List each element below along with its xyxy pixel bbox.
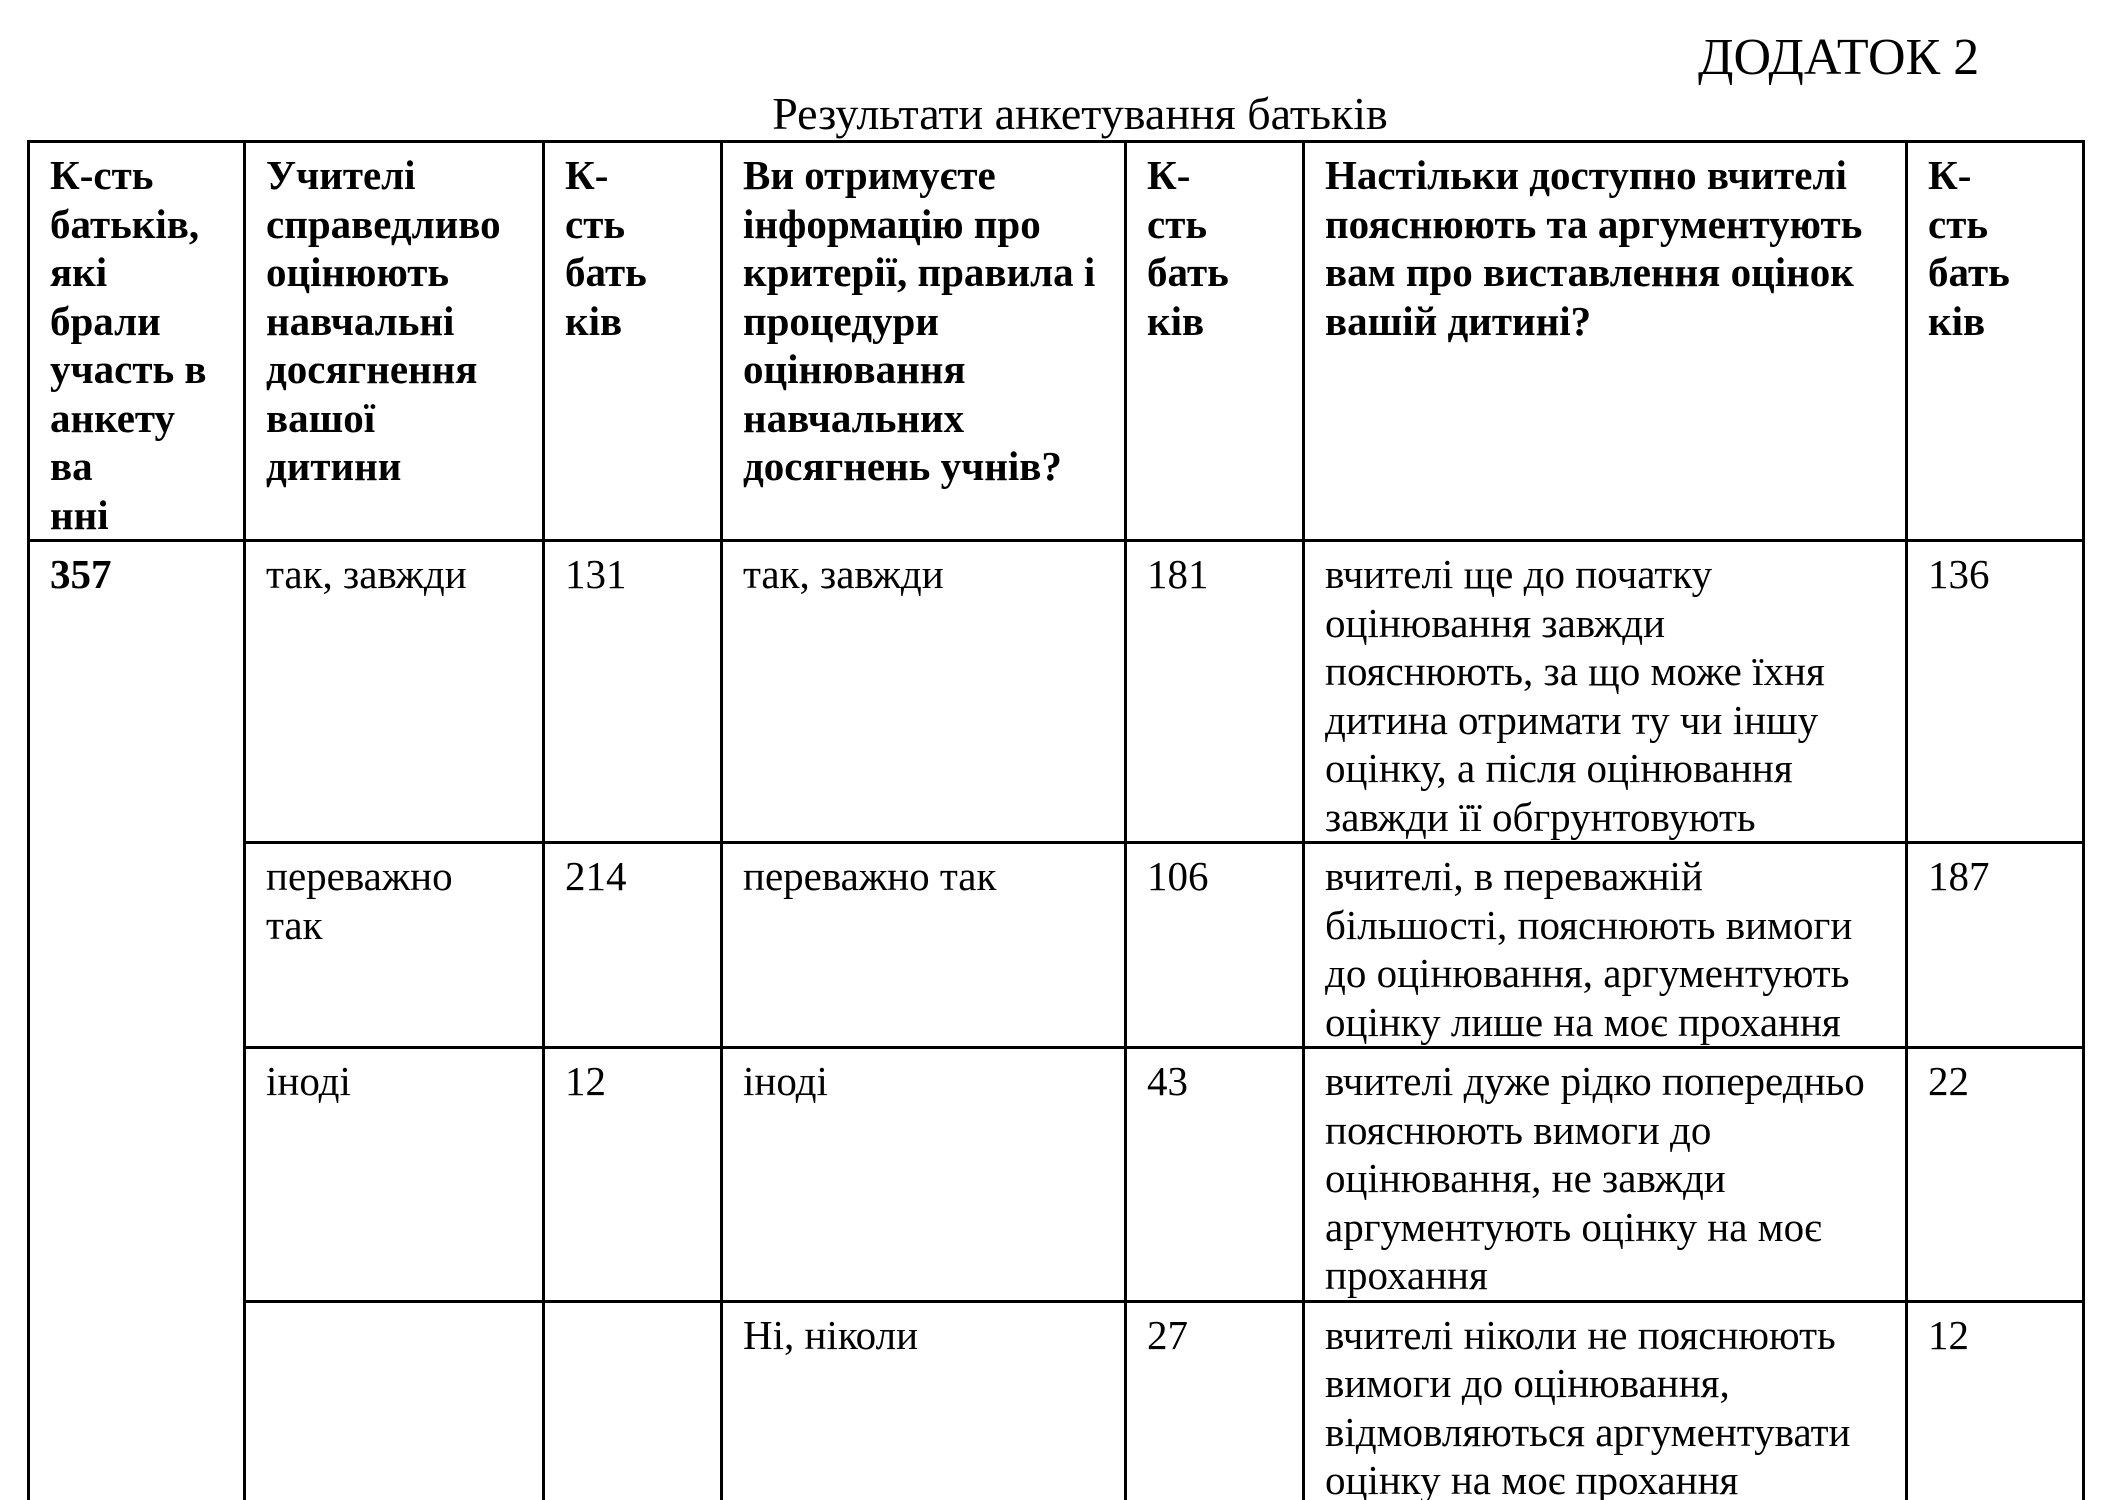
text-line: пояснюють вимоги до — [1325, 1106, 1895, 1155]
q3-count-cell: 187 — [1907, 843, 2084, 1048]
header-total-respondents: К-стьбатьків,якібралиучасть ванкетуванні — [29, 142, 245, 541]
text-line: ків — [565, 297, 710, 346]
text-line: так, завжди — [743, 550, 1114, 599]
header-question-fair-assessment: Учителісправедливооцінюютьнавчальнідосяг… — [245, 142, 544, 541]
text-line: оцінюють — [266, 248, 532, 297]
appendix-label: ДОДАТОК 2 — [1698, 28, 1979, 88]
q3-count-cell: 22 — [1907, 1048, 2084, 1302]
text-line: оцінювання, не завжди — [1325, 1154, 1895, 1203]
q2-answer-cell: Ні, ніколи — [722, 1301, 1126, 1500]
text-line: аргументують оцінку на моє — [1325, 1203, 1895, 1252]
text-line: вам про виставлення оцінок — [1325, 248, 1895, 297]
q1-count-cell: 12 — [544, 1048, 722, 1302]
q1-count-cell — [544, 1301, 722, 1500]
q2-answer-cell: іноді — [722, 1048, 1126, 1302]
q2-answer-cell: так, завжди — [722, 541, 1126, 843]
text-line: справедливо — [266, 200, 532, 249]
text-line: брали — [50, 297, 233, 346]
q3-answer-cell: вчителі дуже рідко попередньопояснюють в… — [1304, 1048, 1907, 1302]
q3-answer-cell: вчителі, в переважнійбільшості, пояснюют… — [1304, 843, 1907, 1048]
text-line: нні — [50, 491, 233, 540]
q1-count-cell: 131 — [544, 541, 722, 843]
document-title: Результати анкетування батьків — [0, 88, 2105, 140]
text-line: вимоги до оцінювання, — [1325, 1359, 1895, 1408]
text-line: відмовляються аргументувати — [1325, 1408, 1895, 1457]
text-line: сть — [565, 200, 710, 249]
text-line: ків — [1928, 297, 2072, 346]
text-line: завжди її обгрунтовують — [1325, 793, 1895, 842]
text-line: до оцінювання, аргументують — [1325, 949, 1895, 998]
text-line: анкету — [50, 394, 233, 443]
text-line: вчителі дуже рідко попередньо — [1325, 1057, 1895, 1106]
text-line: К- — [565, 151, 710, 200]
text-line: дитина отримати ту чи іншу — [1325, 696, 1895, 745]
q2-count-cell: 106 — [1126, 843, 1304, 1048]
text-line: вашої — [266, 394, 532, 443]
text-line: вашій дитині? — [1325, 297, 1895, 346]
text-line: Настільки доступно вчителі — [1325, 151, 1895, 200]
survey-results-table: К-стьбатьків,якібралиучасть ванкетуванні… — [27, 140, 2085, 1500]
table-row: 357 так, завжди 131 так, завжди 181 вчит… — [29, 541, 2084, 843]
text-line: іноді — [743, 1057, 1114, 1106]
table-row: Ні, ніколи 27 вчителі ніколи не пояснюют… — [29, 1301, 2084, 1500]
header-question-criteria-info: Ви отримуєтеінформацію прокритерії, прав… — [722, 142, 1126, 541]
table-row: переважнотак 214 переважно так 106 вчите… — [29, 843, 2084, 1048]
text-line: так, завжди — [266, 550, 532, 599]
text-line: бать — [1928, 248, 2072, 297]
q3-count-cell: 136 — [1907, 541, 2084, 843]
table-row: іноді 12 іноді 43 вчителі дуже рідко поп… — [29, 1048, 2084, 1302]
text-line: оцінювання — [743, 345, 1114, 394]
text-line: інформацію про — [743, 200, 1114, 249]
text-line: досягнення — [266, 345, 532, 394]
text-line: прохання — [1325, 1251, 1895, 1300]
q3-answer-cell: вчителі ще до початкуоцінювання завждипо… — [1304, 541, 1907, 843]
q2-count-cell: 181 — [1126, 541, 1304, 843]
text-line: вчителі, в переважній — [1325, 852, 1895, 901]
text-line: ків — [1147, 297, 1292, 346]
q1-answer-cell: переважнотак — [245, 843, 544, 1048]
text-line: бать — [1147, 248, 1292, 297]
table-header-row: К-стьбатьків,якібралиучасть ванкетуванні… — [29, 142, 2084, 541]
text-line: оцінку лише на моє прохання — [1325, 998, 1895, 1047]
text-line: переважно — [266, 852, 532, 901]
text-line: Ви отримуєте — [743, 151, 1114, 200]
text-line: Ні, ніколи — [743, 1311, 1114, 1360]
text-line: сть — [1928, 200, 2072, 249]
q3-count-cell: 12 — [1907, 1301, 2084, 1500]
header-count-q1: К-стьбатьків — [544, 142, 722, 541]
text-line: процедури — [743, 297, 1114, 346]
q1-answer-cell: іноді — [245, 1048, 544, 1302]
text-line: оцінку, а після оцінювання — [1325, 744, 1895, 793]
text-line: К- — [1147, 151, 1292, 200]
text-line: участь в — [50, 345, 233, 394]
q2-count-cell: 43 — [1126, 1048, 1304, 1302]
text-line: вчителі ще до початку — [1325, 550, 1895, 599]
q1-answer-cell: так, завжди — [245, 541, 544, 843]
q2-answer-cell: переважно так — [722, 843, 1126, 1048]
q1-answer-cell — [245, 1301, 544, 1500]
text-line: дитини — [266, 442, 532, 491]
text-line: які — [50, 248, 233, 297]
text-line: іноді — [266, 1057, 532, 1106]
text-line: ва — [50, 442, 233, 491]
text-line: Учителі — [266, 151, 532, 200]
header-count-q3: К-стьбатьків — [1907, 142, 2084, 541]
text-line: досягнень учнів? — [743, 442, 1114, 491]
text-line: так — [266, 901, 532, 950]
text-line: навчальних — [743, 394, 1114, 443]
text-line: пояснюють, за що може їхня — [1325, 647, 1895, 696]
text-line: К- — [1928, 151, 2072, 200]
text-line: критерії, правила і — [743, 248, 1114, 297]
text-line: вчителі ніколи не пояснюють — [1325, 1311, 1895, 1360]
text-line: оцінку на моє прохання — [1325, 1456, 1895, 1500]
q1-count-cell: 214 — [544, 843, 722, 1048]
header-question-explanation: Настільки доступно вчителіпояснюють та а… — [1304, 142, 1907, 541]
text-line: К-сть — [50, 151, 233, 200]
text-line: бать — [565, 248, 710, 297]
text-line: сть — [1147, 200, 1292, 249]
text-line: більшості, пояснюють вимоги — [1325, 901, 1895, 950]
q3-answer-cell: вчителі ніколи не пояснюютьвимоги до оці… — [1304, 1301, 1907, 1500]
text-line: оцінювання завжди — [1325, 599, 1895, 648]
q2-count-cell: 27 — [1126, 1301, 1304, 1500]
total-respondents-cell: 357 — [29, 541, 245, 1500]
text-line: навчальні — [266, 297, 532, 346]
text-line: переважно так — [743, 852, 1114, 901]
text-line: батьків, — [50, 200, 233, 249]
text-line: пояснюють та аргументують — [1325, 200, 1895, 249]
header-count-q2: К-стьбатьків — [1126, 142, 1304, 541]
